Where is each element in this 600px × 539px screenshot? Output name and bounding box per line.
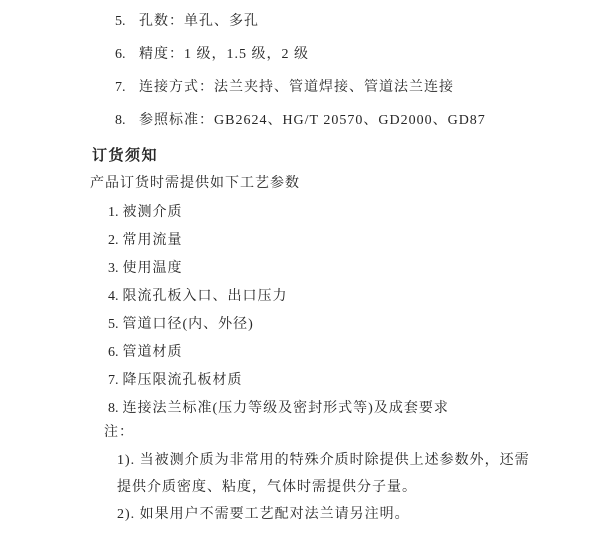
notes-label: 注： [104,421,600,445]
list-item: 8.连接法兰标准(压力等级及密封形式等)及成套要求 [108,395,600,423]
list-item-number: 5. [108,311,119,339]
list-item-number: 5. [115,5,139,38]
order-parameter-list: 1.被测介质 2.常用流量 3.使用温度 4.限流孔板入口、出口压力 5.管道口… [108,199,600,423]
list-item-number: 1. [108,199,119,227]
list-item-text: 连接方式：法兰夹持、管道焊接、管道法兰连接 [139,80,454,95]
list-item-text: 连接法兰标准(压力等级及密封形式等)及成套要求 [123,401,449,416]
list-item-number: 4. [108,283,119,311]
list-item: 6.管道材质 [108,339,600,367]
note-line: 1). 当被测介质为非常用的特殊介质时除提供上述参数外，还需 [117,447,600,474]
list-item-text: 常用流量 [123,233,183,248]
list-item-number: 7. [115,71,139,104]
list-item-text: 被测介质 [123,205,183,220]
spec-list-item: 6.精度：1 级，1.5 级，2 级 [115,38,600,71]
list-item-text: 管道材质 [123,345,183,360]
list-item-number: 6. [108,339,119,367]
list-item-number: 8. [115,104,139,137]
note-line: 提供介质密度、粘度，气体时需提供分子量。 [117,474,600,501]
list-item: 5.管道口径(内、外径) [108,311,600,339]
section-heading-ordering-notice: 订货须知 [92,145,600,167]
spec-list-item: 5.孔数：单孔、多孔 [115,5,600,38]
spec-list: 5.孔数：单孔、多孔 6.精度：1 级，1.5 级，2 级 7.连接方式：法兰夹… [115,0,600,137]
list-item: 1.被测介质 [108,199,600,227]
list-item-number: 8. [108,395,119,423]
spec-list-item: 7.连接方式：法兰夹持、管道焊接、管道法兰连接 [115,71,600,104]
list-item: 3.使用温度 [108,255,600,283]
list-item-text: 管道口径(内、外径) [123,317,254,332]
list-item-text: 参照标准：GB2624、HG/T 20570、GD2000、GD87 [139,113,486,128]
list-item: 7.降压限流孔板材质 [108,367,600,395]
list-item-text: 限流孔板入口、出口压力 [123,289,288,304]
list-item-number: 3. [108,255,119,283]
spec-list-item: 8.参照标准：GB2624、HG/T 20570、GD2000、GD87 [115,104,600,137]
list-item-text: 使用温度 [123,261,183,276]
notes-block: 1). 当被测介质为非常用的特殊介质时除提供上述参数外，还需 提供介质密度、粘度… [117,447,600,528]
list-item-number: 7. [108,367,119,395]
list-item: 2.常用流量 [108,227,600,255]
list-item: 4.限流孔板入口、出口压力 [108,283,600,311]
list-item-text: 精度：1 级，1.5 级，2 级 [139,47,309,62]
document-page: 5.孔数：单孔、多孔 6.精度：1 级，1.5 级，2 级 7.连接方式：法兰夹… [0,0,600,539]
list-item-number: 6. [115,38,139,71]
section-intro: 产品订货时需提供如下工艺参数 [90,173,600,195]
list-item-text: 孔数：单孔、多孔 [139,14,259,29]
list-item-number: 2. [108,227,119,255]
note-line: 2). 如果用户不需要工艺配对法兰请另注明。 [117,501,600,528]
list-item-text: 降压限流孔板材质 [123,373,243,388]
